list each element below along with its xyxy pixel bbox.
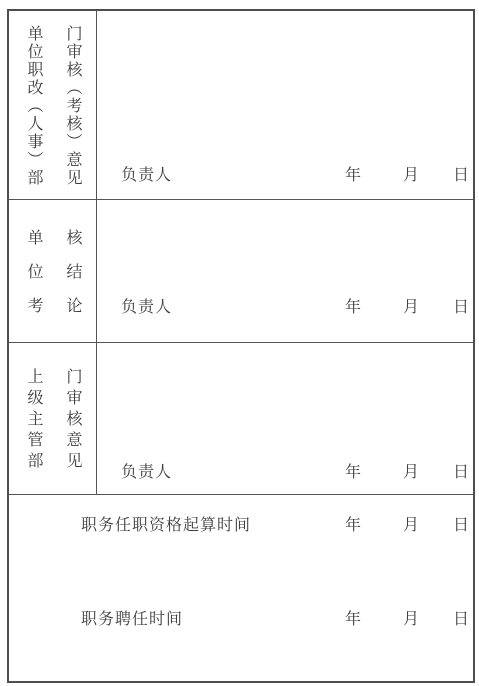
- signer-label: 负责人: [121, 294, 172, 317]
- month-label: 月: [403, 162, 419, 185]
- date-labels: 年 月 日: [345, 162, 469, 185]
- day-label: 日: [453, 512, 469, 535]
- vertical-label-col-2: 核结论: [64, 229, 80, 331]
- section-dates: 职务任职资格起算时间 年 月 日 职务聘任时间 年 月 日: [9, 495, 473, 681]
- date-labels: 年 月 日: [345, 459, 469, 482]
- vertical-label-col-1: 上级主管部: [25, 368, 41, 473]
- field-label: 职务聘任时间: [81, 606, 183, 629]
- day-label: 日: [453, 162, 469, 185]
- year-label: 年: [345, 512, 361, 535]
- signer-label: 负责人: [121, 162, 172, 185]
- month-label: 月: [403, 294, 419, 317]
- label-cell-unit-assessment: 单位考 核结论: [9, 200, 97, 342]
- scanned-form-page: { "form": { "sections": [ { "label_colum…: [0, 0, 479, 686]
- date-labels: 年 月 日: [345, 512, 469, 535]
- opinion-write-area: 负责人 年 月 日: [97, 343, 473, 494]
- label-cell-superior-dept-review: 上级主管部 门审核意见: [9, 343, 97, 494]
- day-label: 日: [453, 606, 469, 629]
- month-label: 月: [403, 606, 419, 629]
- date-labels: 年 月 日: [345, 606, 469, 629]
- year-label: 年: [345, 162, 361, 185]
- signature-date-line: 负责人 年 月 日: [121, 294, 469, 317]
- signer-label: 负责人: [121, 459, 172, 482]
- year-label: 年: [345, 459, 361, 482]
- label-cell-unit-dept-review: 单位职改（人事）部 门审核（考核）意见: [9, 11, 97, 199]
- personnel-form-table: 单位职改（人事）部 门审核（考核）意见 负责人 年 月 日 单位考 核结论 负责…: [7, 9, 475, 683]
- month-label: 月: [403, 512, 419, 535]
- opinion-write-area: 负责人 年 月 日: [97, 11, 473, 199]
- vertical-label-col-1: 单位职改（人事）部: [25, 25, 41, 187]
- year-label: 年: [345, 294, 361, 317]
- signature-date-line: 负责人 年 月 日: [121, 162, 469, 185]
- vertical-label-col-2: 门审核（考核）意见: [64, 25, 80, 187]
- field-appointment-date: 职务聘任时间 年 月 日: [81, 606, 469, 629]
- day-label: 日: [453, 459, 469, 482]
- day-label: 日: [453, 294, 469, 317]
- vertical-label-col-1: 单位考: [25, 229, 41, 331]
- section-unit-dept-review-opinion: 单位职改（人事）部 门审核（考核）意见 负责人 年 月 日: [9, 11, 473, 200]
- signature-date-line: 负责人 年 月 日: [121, 459, 469, 482]
- date-labels: 年 月 日: [345, 294, 469, 317]
- vertical-label-col-2: 门审核意见: [64, 368, 80, 473]
- opinion-write-area: 负责人 年 月 日: [97, 200, 473, 342]
- month-label: 月: [403, 459, 419, 482]
- year-label: 年: [345, 606, 361, 629]
- section-unit-assessment-conclusion: 单位考 核结论 负责人 年 月 日: [9, 200, 473, 343]
- section-superior-dept-review-opinion: 上级主管部 门审核意见 负责人 年 月 日: [9, 343, 473, 495]
- field-label: 职务任职资格起算时间: [81, 512, 251, 535]
- field-qualification-start-date: 职务任职资格起算时间 年 月 日: [81, 512, 469, 535]
